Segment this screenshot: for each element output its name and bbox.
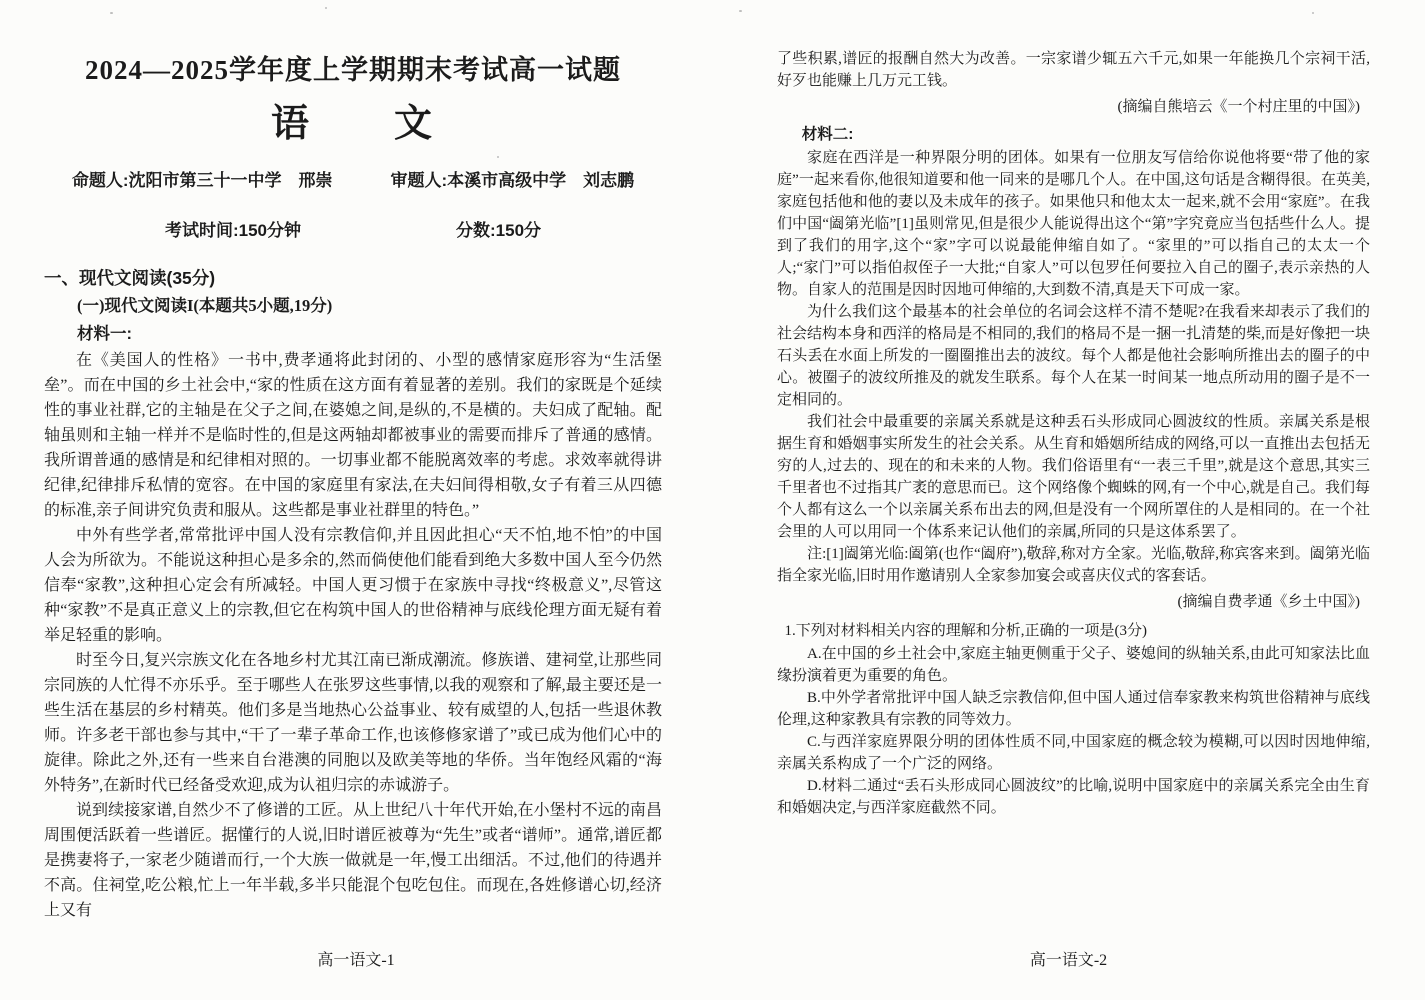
page-2: 了些积累,谱匠的报酬自然大为改善。一宗家谱少辄五六千元,如果一年能换几个宗祠干活…: [712, 0, 1425, 1000]
material-1-label: 材料一:: [44, 320, 662, 348]
material-1-paragraph-continued: 了些积累,谱匠的报酬自然大为改善。一宗家谱少辄五六千元,如果一年能换几个宗祠干活…: [777, 48, 1370, 92]
subsection-heading: (一)现代文阅读I(本题共5小题,19分): [44, 292, 662, 320]
section-1-heading: 一、现代文阅读(35分): [44, 264, 662, 292]
material-2-note: 注:[1]阖第光临:阖第(也作“阖府”),敬辞,称对方全家。光临,敬辞,称宾客来…: [777, 543, 1370, 587]
page-2-body: 了些积累,谱匠的报酬自然大为改善。一宗家谱少辄五六千元,如果一年能换几个宗祠干活…: [777, 0, 1370, 819]
exam-meta-row: 考试时间:150分钟 分数:150分: [44, 216, 662, 241]
material-1-paragraph: 说到续接家谱,自然少不了修谱的工匠。从上世纪八十年代开始,在小堡村不远的南昌周围…: [44, 798, 662, 923]
question-1-option-d: D.材料二通过“丢石头形成同心圆波纹”的比喻,说明中国家庭中的亲属关系完全由生育…: [777, 775, 1370, 819]
material-1-paragraph: 在《美国人的性格》一书中,费孝通将此封闭的、小型的感情家庭形容为“生活堡垒”。而…: [44, 348, 662, 523]
question-1-option-a: A.在中国的乡土社会中,家庭主轴更侧重于父子、婆媳间的纵轴关系,由此可知家法比血…: [777, 643, 1370, 687]
question-1-stem: 1.下列对材料相关内容的理解和分析,正确的一项是(3分): [777, 619, 1370, 643]
material-2-paragraph: 家庭在西洋是一种界限分明的团体。如果有一位朋友写信给你说他将要“带了他的家庭”一…: [777, 147, 1370, 301]
exam-header: 2024—2025学年度上学期期末考试高一试题 语 文 命题人:沈阳市第三十一中…: [44, 0, 662, 241]
page-1: 2024—2025学年度上学期期末考试高一试题 语 文 命题人:沈阳市第三十一中…: [0, 0, 712, 1000]
material-2-paragraph: 我们社会中最重要的亲属关系就是这种丢石头形成同心圆波纹的性质。亲属关系是根据生育…: [777, 411, 1370, 543]
material-2-paragraph: 为什么我们这个最基本的社会单位的名词会这样不清不楚呢?在我看来却表示了我们的社会…: [777, 301, 1370, 411]
question-1-option-c: C.与西洋家庭界限分明的团体性质不同,中国家庭的概念较为模糊,可以因时因地伸缩,…: [777, 731, 1370, 775]
material-1-paragraph: 时至今日,复兴宗族文化在各地乡村尤其江南已渐成潮流。修族谱、建祠堂,让那些同宗同…: [44, 648, 662, 798]
material-2-attribution: (摘编自费孝通《乡土中国》): [777, 590, 1370, 615]
page-1-body: 一、现代文阅读(35分) (一)现代文阅读I(本题共5小题,19分) 材料一: …: [44, 264, 662, 923]
subject-title: 语 文: [44, 102, 662, 146]
material-1-attribution: (摘编自熊培云《一个村庄里的中国》): [777, 95, 1370, 120]
exam-time-label: 考试时间:150分钟: [165, 216, 301, 241]
reviewer-label: 审题人:本溪市高级中学 刘志鹏: [391, 166, 635, 191]
page-2-footer: 高一语文-2: [712, 952, 1425, 970]
material-2-label: 材料二:: [777, 123, 1370, 147]
examiner-row: 命题人:沈阳市第三十一中学 邢崇 审题人:本溪市高级中学 刘志鹏: [44, 166, 662, 191]
exam-title: 2024—2025学年度上学期期末考试高一试题: [44, 54, 662, 86]
setter-label: 命题人:沈阳市第三十一中学 邢崇: [72, 166, 333, 191]
question-1-option-b: B.中外学者常批评中国人缺乏宗教信仰,但中国人通过信奉家教来构筑世俗精神与底线伦…: [777, 687, 1370, 731]
exam-paper-scan: 2024—2025学年度上学期期末考试高一试题 语 文 命题人:沈阳市第三十一中…: [0, 0, 1425, 1000]
page-1-footer: 高一语文-1: [0, 952, 712, 970]
material-1-paragraph: 中外有些学者,常常批评中国人没有宗教信仰,并且因此担心“天不怕,地不怕”的中国人…: [44, 523, 662, 648]
exam-score-label: 分数:150分: [456, 216, 541, 241]
